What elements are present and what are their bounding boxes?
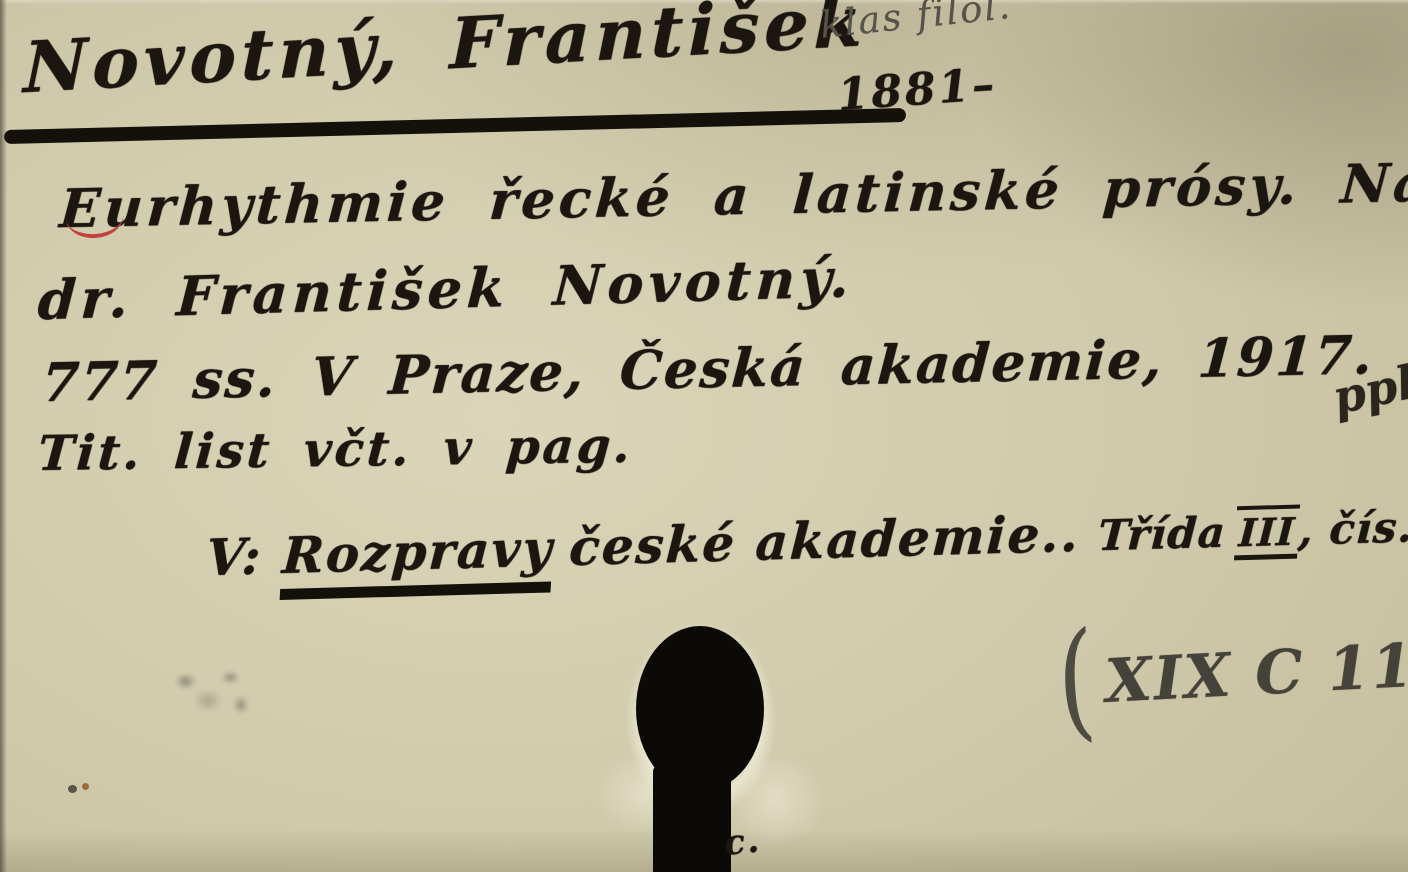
- pencil-smudge: [148, 654, 298, 732]
- catalog-card-scan: Novotný, František 1881– klas filol. Eur…: [0, 0, 1408, 872]
- heading-underline: [4, 108, 906, 144]
- author-line: dr. František Novotný.: [36, 245, 856, 332]
- bottom-note: c.: [722, 820, 763, 864]
- series-title: Rozpravy: [280, 518, 555, 600]
- imprint-line: 777 ss. V Praze, Česká akademie, 1917.: [40, 324, 1376, 414]
- series-statement: V: Rozpravy české akademie.. TřídaIII, č…: [204, 492, 1408, 603]
- rust-speck: [82, 783, 89, 790]
- collation-line: Tit. list včt. v pag.: [36, 418, 635, 482]
- hole-punch-rod: [653, 764, 731, 872]
- title-line: Eurhythmie řecké a latinské prósy. Napsa…: [58, 149, 1408, 240]
- series-rest: české akademie..: [568, 504, 1082, 577]
- series-prefix: V:: [204, 526, 264, 587]
- trida-numeral: III: [1234, 505, 1300, 561]
- series-ref: TřídaIII, čís. 4(7: [1097, 500, 1408, 561]
- call-number: ( XIX C 111 ): [1048, 594, 1408, 746]
- ink-speck: [68, 785, 77, 793]
- call-number-open-paren: (: [1054, 616, 1098, 746]
- trida-label: Třída: [1097, 508, 1228, 561]
- heading-author-name: Novotný, František: [23, 0, 868, 109]
- call-number-value: XIX C 111: [1100, 628, 1408, 717]
- paper-left-edge: [0, 0, 7, 872]
- pencil-subject-note: klas filol.: [818, 0, 1014, 47]
- series-suffix: , čís. 4(7: [1297, 500, 1408, 555]
